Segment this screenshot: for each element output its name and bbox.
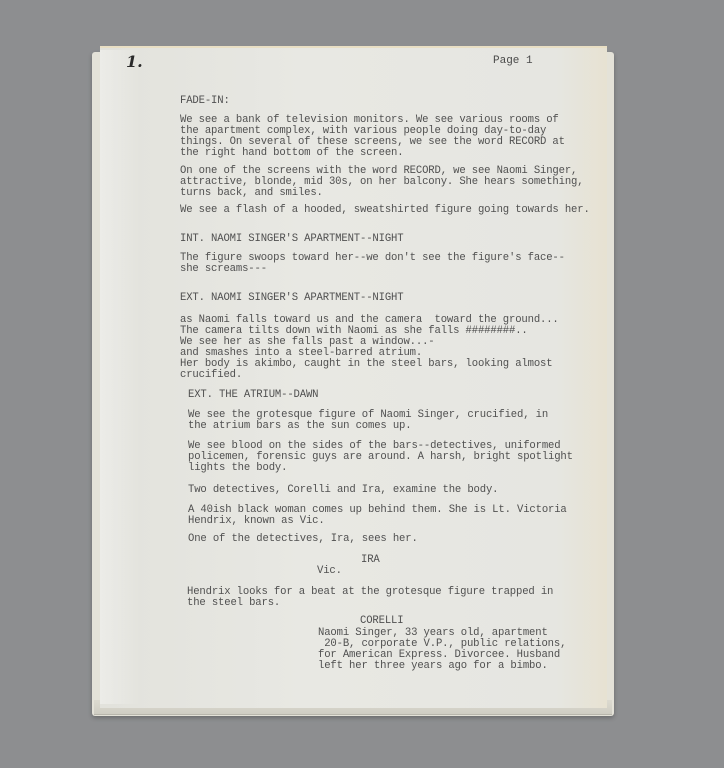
script-line-p10: One of the detectives, Ira, sees her. — [188, 534, 418, 545]
script-line-slug1: INT. NAOMI SINGER'S APARTMENT--NIGHT — [180, 234, 403, 245]
script-line-p8: Two detectives, Corelli and Ira, examine… — [188, 485, 498, 496]
script-line-p9: Hendrix, known as Vic. — [188, 516, 325, 527]
script-line-transition: FADE-IN: — [180, 96, 230, 107]
script-line-p7: lights the body. — [188, 463, 287, 474]
page-fold-shadow — [100, 50, 140, 704]
script-line-dlg2: left her three years ago for a bimbo. — [318, 661, 548, 672]
script-line-p1: the right hand bottom of the screen. — [180, 148, 403, 159]
script-line-p3: We see a flash of a hooded, sweatshirted… — [180, 205, 590, 216]
page-number: Page 1 — [493, 55, 533, 67]
script-line-p4: she screams--- — [180, 264, 267, 275]
script-line-p5: crucified. — [180, 370, 242, 381]
script-line-char2: CORELLI — [360, 616, 403, 627]
script-line-p6: the atrium bars as the sun comes up. — [188, 421, 411, 432]
script-line-p11: the steel bars. — [187, 598, 280, 609]
script-line-slug3: EXT. THE ATRIUM--DAWN — [188, 390, 318, 401]
script-line-p2: turns back, and smiles. — [180, 188, 323, 199]
handwritten-page-mark: 1. — [126, 52, 143, 71]
script-line-slug2: EXT. NAOMI SINGER'S APARTMENT--NIGHT — [180, 293, 403, 304]
script-line-char1: IRA — [361, 555, 380, 566]
script-line-dlg1: Vic. — [317, 566, 342, 577]
